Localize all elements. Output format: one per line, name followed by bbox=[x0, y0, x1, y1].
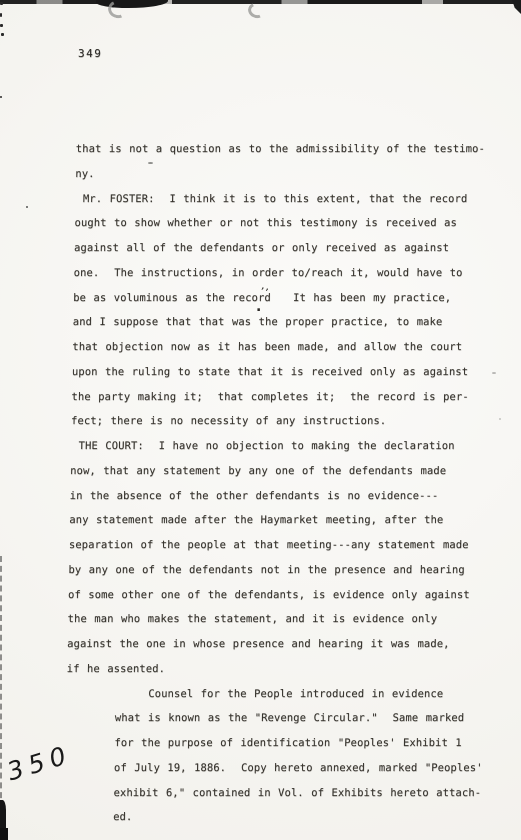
typed-line: one. The instructions, in order to/reach… bbox=[73, 261, 513, 286]
typed-line: Mr. FOSTER: I think it is to this extent… bbox=[75, 187, 515, 212]
typed-line: in the absence of the other defendants i… bbox=[70, 484, 510, 509]
scan-corner-artifact bbox=[512, 0, 521, 14]
typed-line: ought to show whether or not this testim… bbox=[74, 211, 514, 236]
paper-speck bbox=[26, 206, 28, 208]
scan-left-edge-tick bbox=[1, 33, 4, 36]
typed-line: against all of the defendants or only re… bbox=[74, 236, 514, 261]
scan-bottom-left-blob bbox=[0, 828, 8, 840]
scan-left-edge-tick bbox=[0, 13, 2, 17]
typed-line: upon the ruling to state that it is rece… bbox=[72, 360, 512, 385]
scan-top-ink-blob bbox=[96, 0, 168, 8]
typed-line: and I suppose that that was the proper p… bbox=[73, 310, 513, 335]
typed-line: ed. bbox=[64, 805, 504, 830]
scanned-transcript-page: 349 that is not a question as to the adm… bbox=[0, 0, 521, 840]
typed-line: that objection now as it has been made, … bbox=[72, 335, 512, 360]
typed-line: what is known as the "Revenge Circular."… bbox=[66, 706, 506, 731]
typed-line: be as voluminous as the record It has be… bbox=[73, 286, 513, 311]
typed-line: if he assented. bbox=[66, 657, 506, 682]
scan-left-edge-tick bbox=[0, 2, 3, 5]
transcript-lines: that is not a question as to the admissi… bbox=[64, 137, 516, 830]
typed-line: of some other one of the defendants, is … bbox=[68, 583, 508, 608]
typed-line: the man who makes the statement, and it … bbox=[67, 607, 507, 632]
typed-line: fect; there is no necessity of any instr… bbox=[71, 409, 511, 434]
typed-line: for the purpose of identification "Peopl… bbox=[65, 731, 505, 756]
typed-line: now, that any statement by any one of th… bbox=[70, 459, 510, 484]
typed-line: any statement made after the Haymarket m… bbox=[69, 508, 509, 533]
typed-line: of July 19, 1886. Copy hereto annexed, m… bbox=[65, 756, 505, 781]
scan-left-edge-tick bbox=[0, 24, 3, 27]
typed-page-number: 349 bbox=[78, 47, 102, 60]
typed-line: that is not a question as to the admissi… bbox=[76, 137, 516, 162]
handwritten-inserted-period: . bbox=[256, 299, 261, 315]
typed-line: separation of the people at that meeting… bbox=[69, 533, 509, 558]
typed-line: ny. bbox=[75, 162, 515, 187]
typed-line: exhibit 6," contained in Vol. of Exhibit… bbox=[64, 781, 504, 806]
typed-line: THE COURT: I have no objection to making… bbox=[70, 434, 510, 459]
typed-line: against the one in whose presence and he… bbox=[67, 632, 507, 657]
typed-line: Counsel for the People introduced in evi… bbox=[66, 682, 506, 707]
scan-left-edge-tick bbox=[0, 96, 2, 98]
scan-left-edge-line bbox=[0, 556, 2, 808]
typed-line: by any one of the defendants not in the … bbox=[68, 558, 508, 583]
typed-line: the party making it; that completes it; … bbox=[71, 385, 511, 410]
